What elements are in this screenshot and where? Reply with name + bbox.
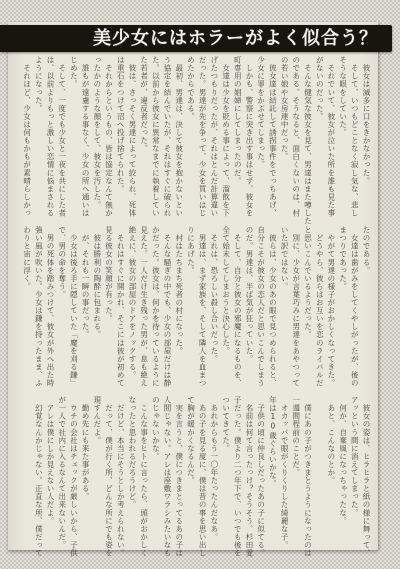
text-column: が、それも一瞬の事だった。 — [79, 226, 91, 392]
text-column: 強い風が吹いた。少女は鎌を持ったまま、ふ — [33, 226, 45, 392]
text-column: なったと思われるだろうけど。 — [126, 396, 138, 548]
header-banner: 美少女にはホラーがよく似合う？ — [0, 25, 392, 52]
text-column: 誰もが遠慮する事なく、少女の所へ通いは — [79, 56, 91, 222]
text-column: ようになった。 — [33, 56, 45, 222]
text-column: 最初、男達は、決して彼女を抱かないとい — [173, 56, 185, 222]
text-column: そんな騒ぎの中でも、少女の部屋だけは静 — [161, 226, 173, 392]
text-column: 現すんだよ。 — [91, 396, 103, 548]
text-column: あれからもう一〇年たったんだなあ。 — [208, 396, 220, 548]
text-column: は重石をつけて沼へ投げ捨てられた。 — [115, 56, 127, 222]
text-column: で、男の命を奪う。 — [56, 226, 68, 392]
text-column: 男達は、まず家族を、そして隣人を血まつ — [196, 226, 208, 392]
text-column: たのである。 — [360, 226, 372, 392]
text-column: 彼は、さっそく男達によって絞られ、死体 — [126, 56, 138, 222]
text-column: 人間じゃない。アレは座敷ワラシみたいなも — [161, 396, 173, 548]
text-column: 子供の頃に仲良しだったあの子に似てる。 — [255, 396, 267, 548]
text-column: 見えた。一人だけ生き残った男が、息も絶え — [138, 226, 150, 392]
text-column: ったかのような顔をして、彼女を汚した。 — [91, 56, 103, 222]
text-column: のじゃないかな。 — [150, 396, 162, 548]
text-column: 彼女の姿は、ヒラヒラと紙の様に舞って、 — [360, 396, 372, 548]
text-column: だって、僕が行く所、どんな所にでも姿を — [103, 396, 115, 548]
text-column: て胸が暖かくなるんだ。 — [185, 396, 197, 548]
text-column: あと、こんなのとか。 — [325, 396, 337, 548]
text-column: 村はたちまち死者の村になった。 — [173, 226, 185, 392]
text-column: あの子を見る度に、僕は昔の事を思い出し — [196, 396, 208, 548]
text-column: のである。そうなると、面白くないのは、村 — [290, 56, 302, 222]
text-column: 町専用の娼婦にしてしまったのだ。 — [232, 56, 244, 222]
text-column: いた訳ではない。 — [278, 226, 290, 392]
text-column: 子だった。僕より二つ年下で、いつでも後を — [232, 396, 244, 548]
text-column: 彼は勝利の陶酔に包まれる。 — [91, 226, 103, 392]
text-column: やがて男達の様子がおかしくなってきた。 — [325, 226, 337, 392]
text-band-bottom: 彼女の姿は、ヒラヒラと紙の様に舞って、アッという間に消えてしまった。 何か、自棄… — [33, 396, 372, 548]
text-band-top: 彼女は滅多に口をきかなかった。 そして、いつもどことなく寂し気な、悲しそうな眼を… — [21, 56, 372, 222]
text-column: そして、一度でも少女と一夜を共にした者 — [56, 56, 68, 222]
text-column: が一人で社内に入るなんて出来ないんだ。 — [56, 396, 68, 548]
text-column: そんな健気な彼女を見て、男達はまた噂した — [302, 56, 314, 222]
page-title: 美少女にはホラーがよく似合う？ — [93, 25, 392, 52]
text-column: た。以前から彼女に異常なまでに執着してい — [150, 56, 162, 222]
text-column: アレは僕にしか見えない人だよ。 — [44, 396, 56, 548]
text-column: わりと宙に浮く。 — [21, 226, 33, 392]
text-column: そして、いつもどことなく寂し気な、悲し — [349, 56, 361, 222]
text-column: それはすぐに開かれ、そこには彼が初めて — [115, 226, 127, 392]
text-column: の若い娘や女房連中だった。 — [278, 56, 290, 222]
text-column: それほど、少女は何もかもが素晴らしかっ — [21, 56, 33, 222]
text-column: は、以前よりもっと激しい恋情に悩まされる — [44, 56, 56, 222]
text-column: ついてきてた。 — [220, 396, 232, 548]
text-column: じめた。 — [68, 56, 80, 222]
text-column: た若者が、違反者だった。 — [138, 56, 150, 222]
text-column: 絶えに、彼女の部屋のドアをノックする。 — [126, 226, 138, 392]
text-column: 少女は後ろ手に隠していた「魔を刈る鎌」 — [68, 226, 80, 392]
scanned-book-page: 彼女は滅多に口をきかなかった。 そして、いつもどことなく寂し気な、悲しそうな眼を… — [8, 22, 378, 550]
text-column: 女達は少女を貶める事によって、溜飲を下 — [220, 56, 232, 222]
text-column: 勤め先にも来た事がある。 — [79, 396, 91, 548]
text-column: まつりであった。 — [337, 226, 349, 392]
text-column — [313, 396, 325, 548]
text-column: めたからである。 — [185, 56, 197, 222]
text-column: がないのだった。 — [313, 56, 325, 222]
text-column: ウチの会社はチェックが厳しいから、子供 — [68, 396, 80, 548]
text-column: 少女に罪をかぶせてしまった。 — [255, 56, 267, 222]
text-column: 男の死体を踏みつけて、彼女が外へ出た時 — [44, 226, 56, 392]
text-column: 年は10歳ぐらいかな。 — [267, 396, 279, 548]
text-column: 自分こそが彼女の恋人だと思いこんでしまう — [255, 226, 267, 392]
text-column: 別に、少女が言葉巧みに男達をあやつって — [290, 226, 302, 392]
text-column: 幻覚なんかじゃない。正直な所、僕だって — [33, 396, 45, 548]
text-column: どうやら、彼らはお互いを恋のライバルだ — [313, 226, 325, 392]
text-column: だった。男達が先を争って、少女を買いはじ — [196, 56, 208, 222]
text-column: そして、自分と彼女の邪魔になるものを、 — [232, 226, 244, 392]
text-column: 名前は何て言ったっけ？そうそう、杉田愛 — [243, 396, 255, 548]
text-column: と思いこんでいるようだった。 — [302, 226, 314, 392]
text-column: かだった。彼女は、何かを待っているように — [150, 226, 162, 392]
text-column: 彼女達は結託して誘拐事件をでっちあげ、 — [267, 56, 279, 222]
text-column: そうな眼をしていた。 — [337, 56, 349, 222]
text-column: 全て始末してしまおうと決心した。 — [220, 226, 232, 392]
text-column: 彼女は滅多に口をきかなかった。 — [360, 56, 372, 222]
text-column: う協定を結んでいたが、それはすぐに破られ — [161, 56, 173, 222]
text-column: アッという間に消えてしまった。 — [349, 396, 361, 548]
text-column: オカッパで眼がくりくりした綺麗な子。 — [278, 396, 290, 548]
text-column: 彼らは、少女のあの眼で見つめられると、 — [267, 226, 279, 392]
text-column: だけど、本当にそうとしか考えられない。 — [115, 396, 127, 548]
text-column: 見る彼女の笑顔が有った。 — [103, 226, 115, 392]
text-column: りにあげた。 — [185, 226, 197, 392]
text-band-middle: たのである。 女達は歯がみをしてくやしがったが、後のまつりであった。 やがて男達… — [21, 226, 372, 392]
text-column: それからというもの、皆は協定なんて無か — [103, 56, 115, 222]
text-column: それは、恐ろしい殺し合いだった。 — [208, 226, 220, 392]
text-column: のだ。男達は、半ば気が狂っていた。 — [243, 226, 255, 392]
text-column: 女達は歯がみをしてくやしがったが、後の — [349, 226, 361, 392]
text-column: 何か、自棄風になっちゃったな。 — [337, 396, 349, 548]
text-column: げたつもりだったが、それはとんだ計算違い — [208, 56, 220, 222]
text-column: それでいて、彼女が泣いた所を誰も見た事 — [325, 56, 337, 222]
text-column: 一週間程前のことだ。 — [290, 396, 302, 548]
text-column: 僕にあの子がつきまとうようになったのは — [302, 396, 314, 548]
text-column: こんな事をヒトに言ったら、頭がおかしく — [138, 396, 150, 548]
text-column: しかも、警察に突き出す事はせず、彼女を — [243, 56, 255, 222]
text-column: 実を言うと、僕につきまとってるあの子は — [173, 396, 185, 548]
